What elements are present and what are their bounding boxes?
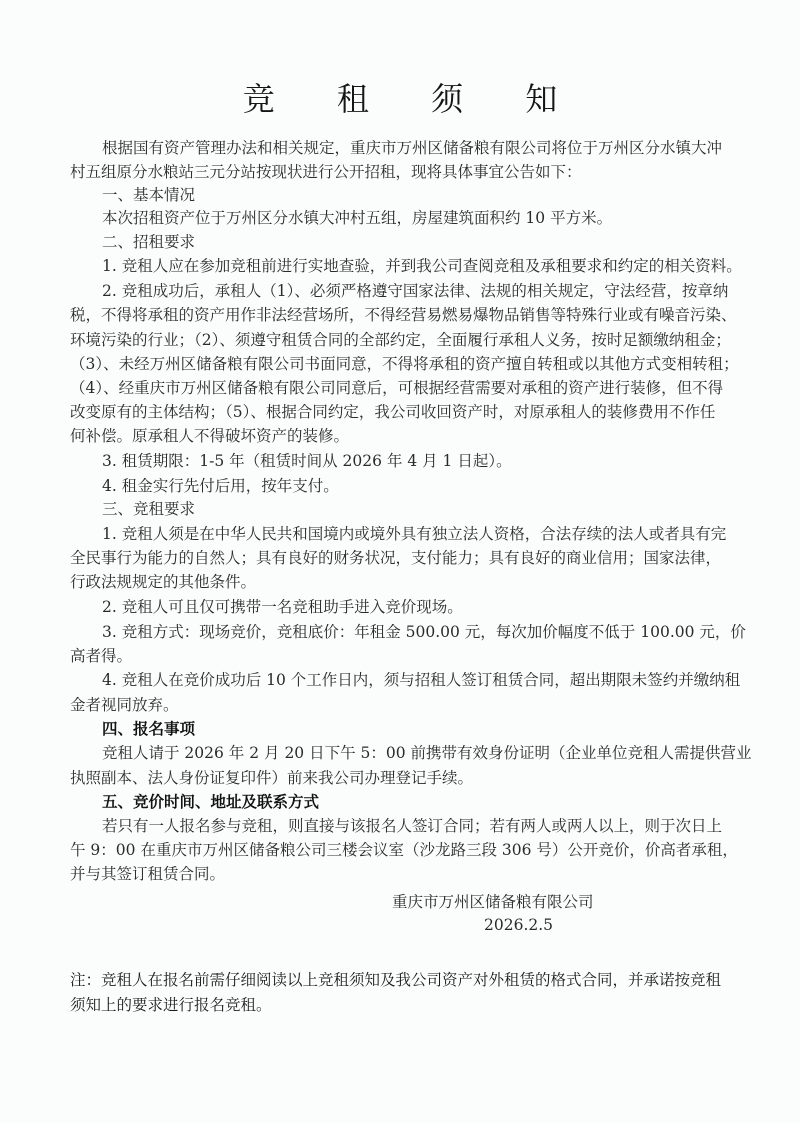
section-line: 4. 租金实行先付后用，按年支付。 — [102, 474, 339, 498]
section-line: 税，不得将承租的资产用作非法经营场所，不得经营易燃易爆物品销售等特殊行业或有噪音… — [70, 303, 737, 327]
section-line: 2. 竞租人可且仅可携带一名竞租助手进入竞价现场。 — [102, 595, 463, 619]
section-heading: 四、报名事项 — [102, 717, 195, 741]
section-line: 午 9：00 在重庆市万州区储备粮公司三楼会议室（沙龙路三段 306 号）公开竞… — [70, 838, 738, 862]
footnote-line: 须知上的要求进行报名竞租。 — [70, 993, 272, 1015]
document-page: 竞 租 须 知 根据国有资产管理办法和相关规定，重庆市万州区储备粮有限公司将位于… — [0, 0, 800, 1123]
signature-date: 2026.2.5 — [484, 916, 553, 934]
section-line: 本次招租资产位于万州区分水镇大冲村五组，房屋建筑面积约 10 平方米。 — [102, 206, 612, 230]
document-title: 竞 租 须 知 — [0, 74, 800, 120]
scan-speck — [428, 826, 430, 828]
signature-company: 重庆市万州区储备粮有限公司 — [392, 890, 594, 912]
section-line: 竞租人请于 2026 年 2 月 20 日下午 5：00 前携带有效身份证明（企… — [102, 741, 752, 765]
section-line: 2. 竞租成功后，承租人（1）、必须严格遵守国家法律、法规的相关规定，守法经营，… — [102, 279, 728, 303]
section-heading: 五、竞价时间、地址及联系方式 — [102, 790, 319, 814]
section-line: 4. 竞租人在竞价成功后 10 个工作日内，须与招租人签订租赁合同，超出期限未签… — [102, 668, 740, 692]
footnote-line: 注：竞租人在报名前需仔细阅读以上竞租须知及我公司资产对外租赁的格式合同，并承诺按… — [70, 968, 721, 990]
section-line: （3）、未经万州区储备粮有限公司书面同意，不得将承租的资产擅自转租或以其他方式变… — [70, 352, 739, 376]
section-line: 金者视同放弃。 — [70, 693, 179, 717]
section-line: 环境污染的行业；（2）、须遵守租赁合同的全部约定，全面履行承租人义务，按时足额缴… — [70, 328, 731, 352]
section-line: 行政法规规定的其他条件。 — [70, 570, 256, 594]
intro-line: 根据国有资产管理办法和相关规定，重庆市万州区储备粮有限公司将位于万州区分水镇大冲 — [102, 136, 722, 160]
section-line: 3. 竞租方式：现场竞价，竞租底价：年租金 500.00 元，每次加价幅度不低于… — [102, 620, 746, 644]
section-line: 并与其签订租赁合同。 — [70, 862, 225, 886]
section-heading: 二、招租要求 — [102, 230, 195, 254]
section-line: 高者得。 — [70, 644, 132, 668]
section-line: 1. 竞租人须是在中华人民共和国境内或境外具有独立法人资格，合法存续的法人或者具… — [102, 522, 726, 546]
section-line: 1. 竞租人应在参加竞租前进行实地查验，并到我公司查阅竞租及承租要求和约定的相关… — [102, 254, 742, 278]
section-line: 若只有一人报名参与竞租，则直接与该报名人签订合同；若有两人或两人以上，则于次日上 — [102, 814, 722, 838]
intro-line: 村五组原分水粮站三元分站按现状进行公开招租，现将具体事宜公告如下： — [70, 160, 582, 184]
section-line: 何补偿。原承租人不得破坏资产的装修。 — [70, 424, 349, 448]
section-line: 3. 租赁期限：1-5 年（租赁时间从 2026 年 4 月 1 日起）。 — [102, 449, 512, 473]
section-line: （4）、经重庆市万州区储备粮有限公司同意后，可根据经营需要对承租的资产进行装修，… — [70, 376, 723, 400]
section-line: 全民事行为能力的自然人；具有良好的财务状况，支付能力；具有良好的商业信用；国家法… — [70, 546, 721, 570]
section-heading: 一、基本情况 — [102, 183, 195, 207]
section-heading: 三、竞租要求 — [102, 497, 195, 521]
section-line: 执照副本、法人身份证复印件）前来我公司办理登记手续。 — [70, 766, 473, 790]
section-line: 改变原有的主体结构；（5）、根据合同约定，我公司收回资产时，对原承租人的装修费用… — [70, 400, 715, 424]
